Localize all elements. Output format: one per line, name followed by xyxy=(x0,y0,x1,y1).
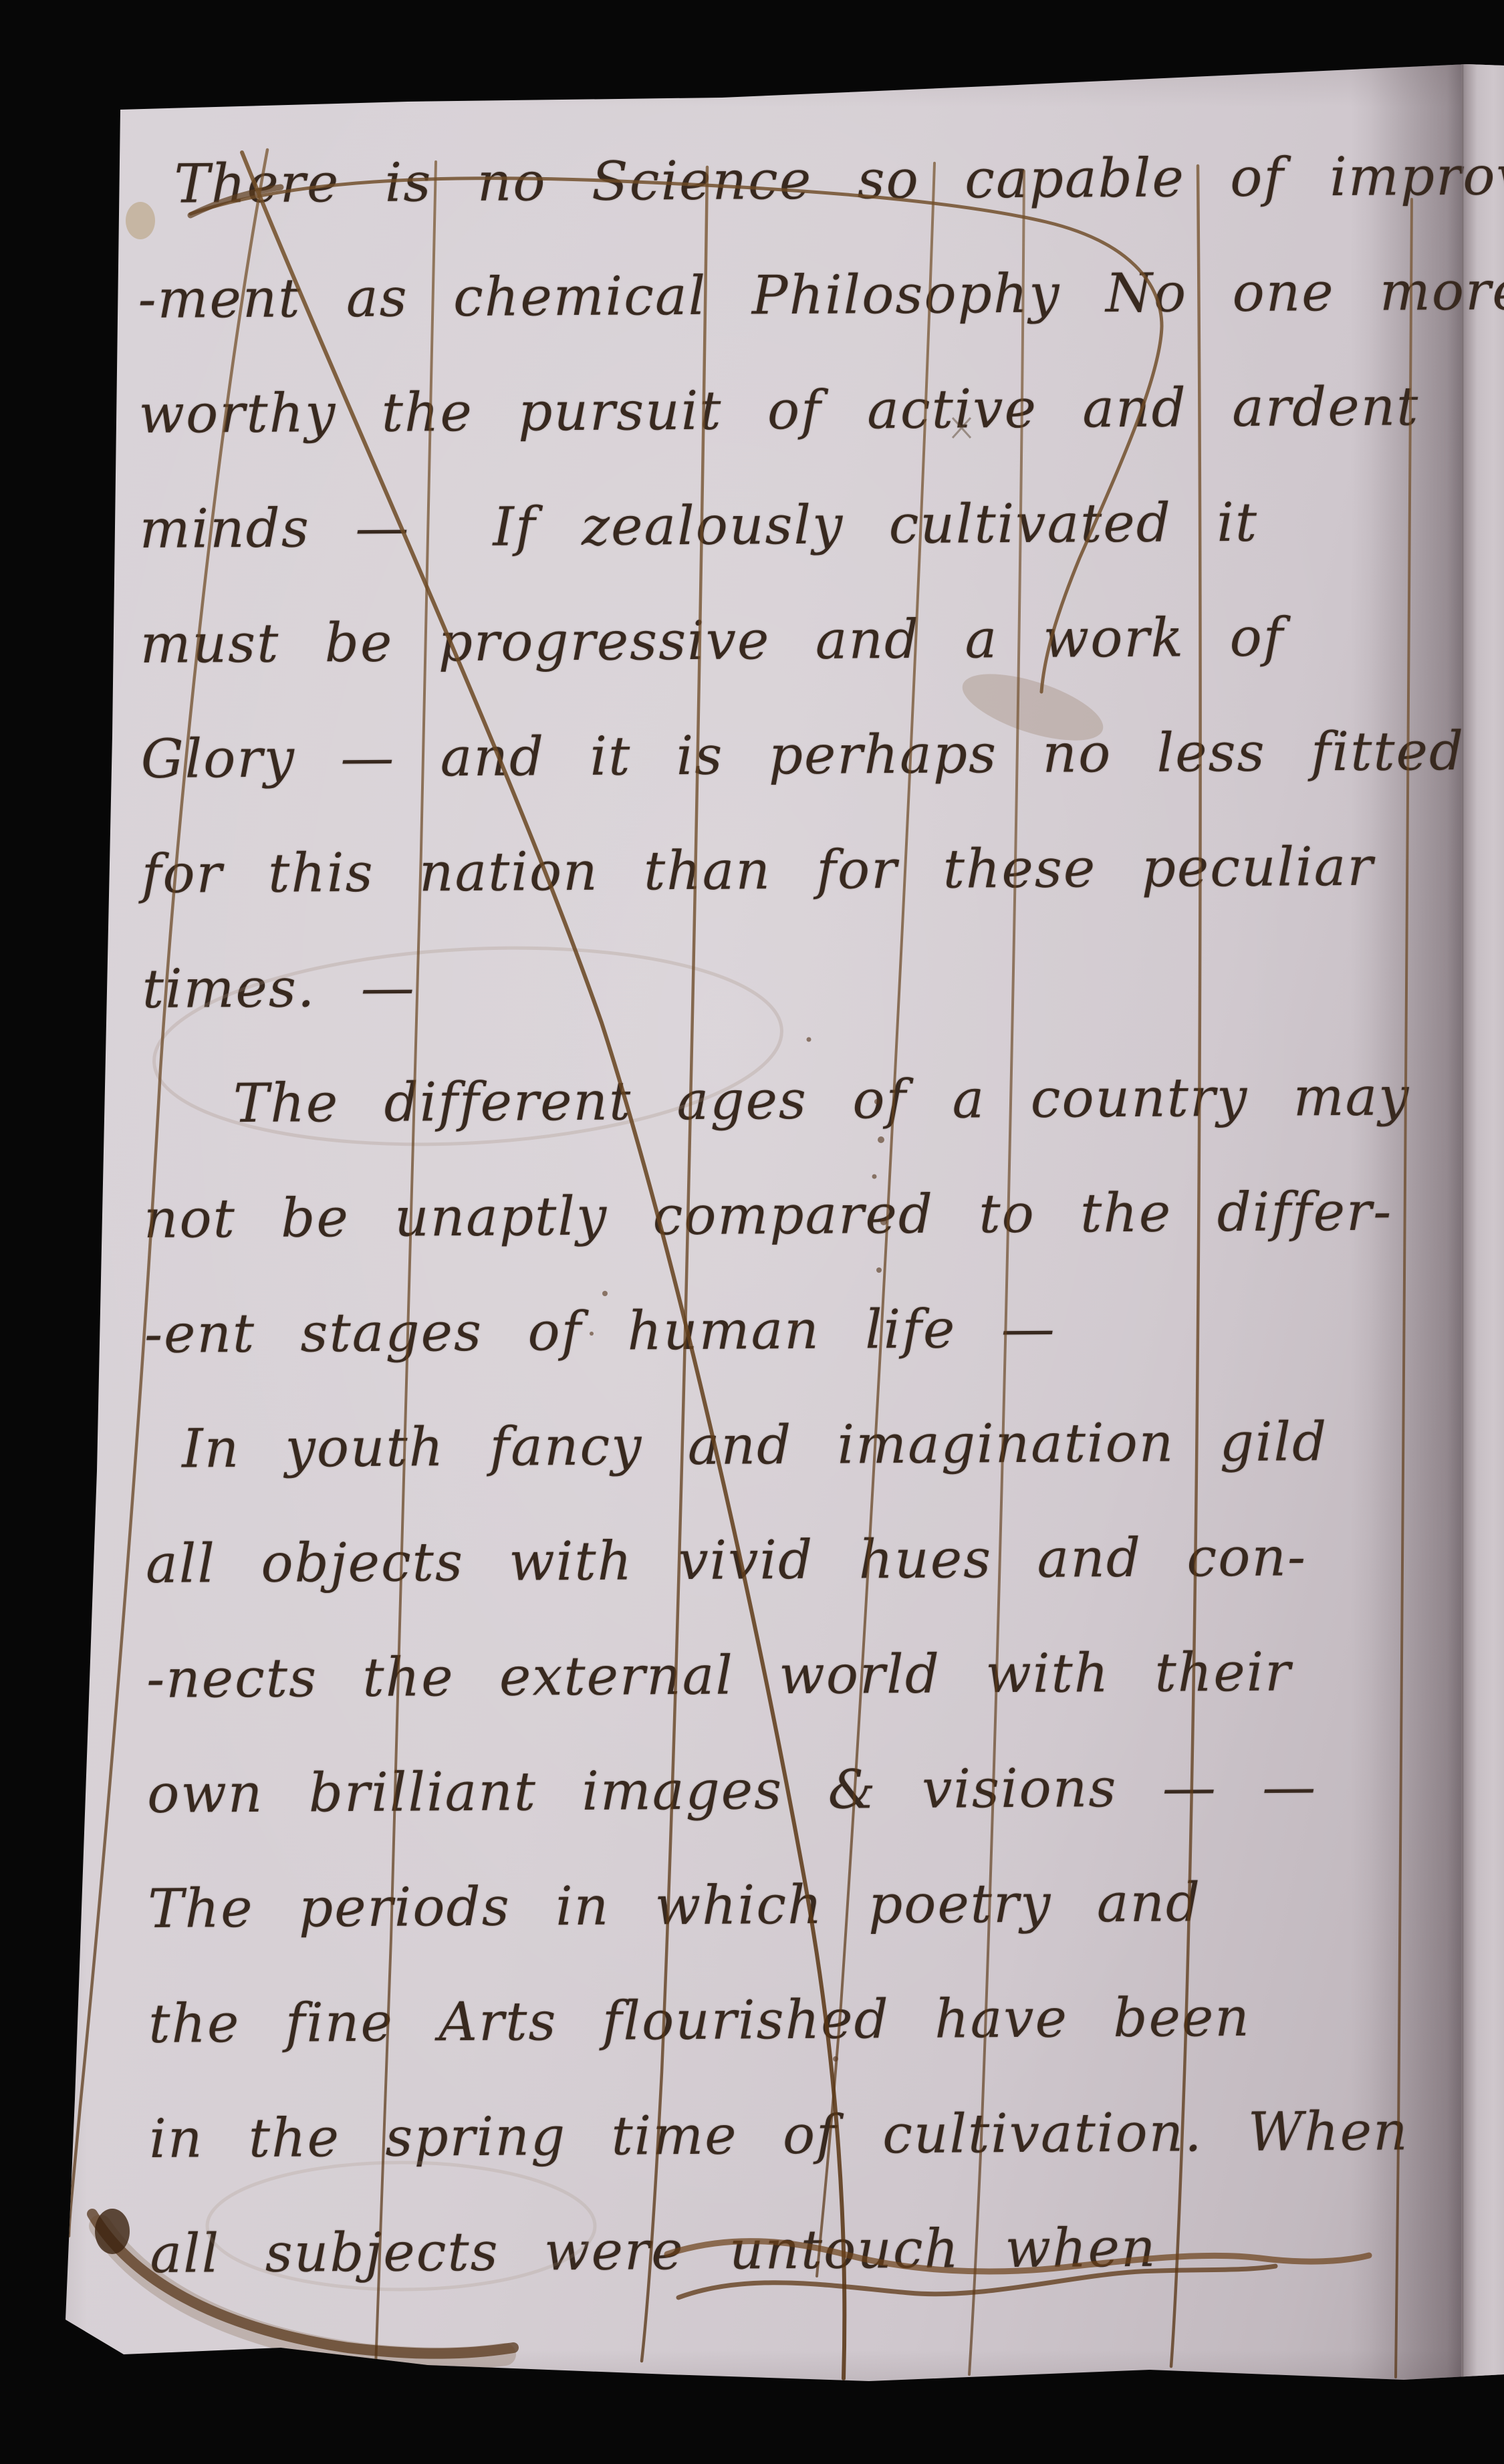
manuscript-line: must be progressive and a work of xyxy=(140,579,1471,702)
manuscript-line: In youth fancy and imagination gild xyxy=(145,1384,1476,1507)
line-pre-text: all subjects were xyxy=(150,2219,684,2285)
manuscript-line: minds — If zealously cultivated it xyxy=(139,464,1470,587)
manuscript-line: for this nation than for these peculiar xyxy=(141,809,1472,932)
manuscript-line: the fine Arts flourished have been xyxy=(148,1959,1479,2082)
manuscript-line: Glory — and it is perhaps no less fitted xyxy=(140,694,1471,817)
photograph-black-backdrop: { "page": { "kind": "handwritten manuscr… xyxy=(0,0,1504,2464)
manuscript-line: -ent stages of human life — xyxy=(144,1269,1475,1392)
manuscript-line: The periods in which poetry and xyxy=(148,1844,1479,1967)
manuscript-line: not be unaptly compared to the differ- xyxy=(143,1154,1474,1277)
manuscript-line: The different ages of a country may xyxy=(142,1039,1473,1162)
manuscript-line: own brilliant images & visions — — xyxy=(147,1729,1478,1852)
manuscript-page: There is no Science so capable of improv… xyxy=(0,0,1504,2464)
struck-word: untouch xyxy=(729,2218,961,2282)
manuscript-line: -nects the external world with their xyxy=(146,1614,1477,1737)
manuscript-line: -ment as chemical Philosophy No one more xyxy=(138,234,1469,357)
manuscript-line: all objects with vivid hues and con- xyxy=(146,1499,1477,1622)
manuscript-text: There is no Science so capable of improv… xyxy=(137,119,1481,2312)
manuscript-line: times. — xyxy=(142,924,1473,1047)
manuscript-line: There is no Science so capable of improv… xyxy=(137,119,1468,242)
ink-smudge-patch xyxy=(159,2347,308,2392)
manuscript-line: in the spring time of cultivation. When xyxy=(149,2074,1480,2197)
manuscript-line: worthy the pursuit of active and ardent xyxy=(138,349,1469,472)
line-post-text: when xyxy=(1005,2217,1156,2280)
manuscript-line: all subjects were untouch when xyxy=(150,2189,1481,2312)
